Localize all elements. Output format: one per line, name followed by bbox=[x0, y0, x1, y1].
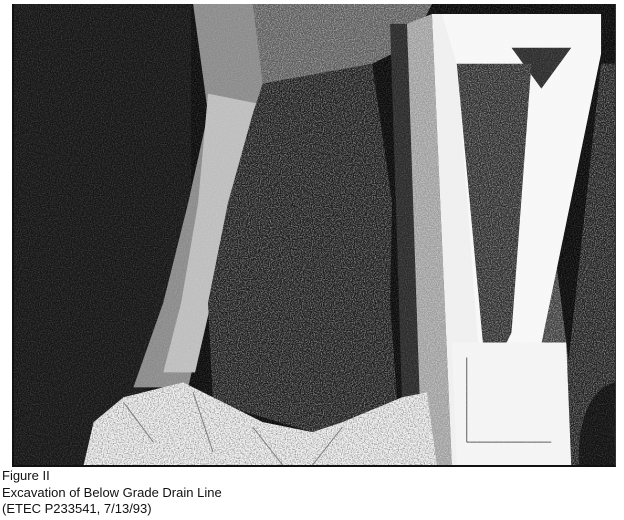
figure-label: Figure II bbox=[2, 468, 222, 485]
figure-source: (ETEC P233541, 7/13/93) bbox=[2, 501, 222, 518]
document-page: Figure II Excavation of Below Grade Drai… bbox=[0, 0, 624, 520]
figure-photograph bbox=[12, 4, 616, 467]
figure-title: Excavation of Below Grade Drain Line bbox=[2, 485, 222, 502]
figure-caption: Figure II Excavation of Below Grade Drai… bbox=[2, 468, 222, 518]
